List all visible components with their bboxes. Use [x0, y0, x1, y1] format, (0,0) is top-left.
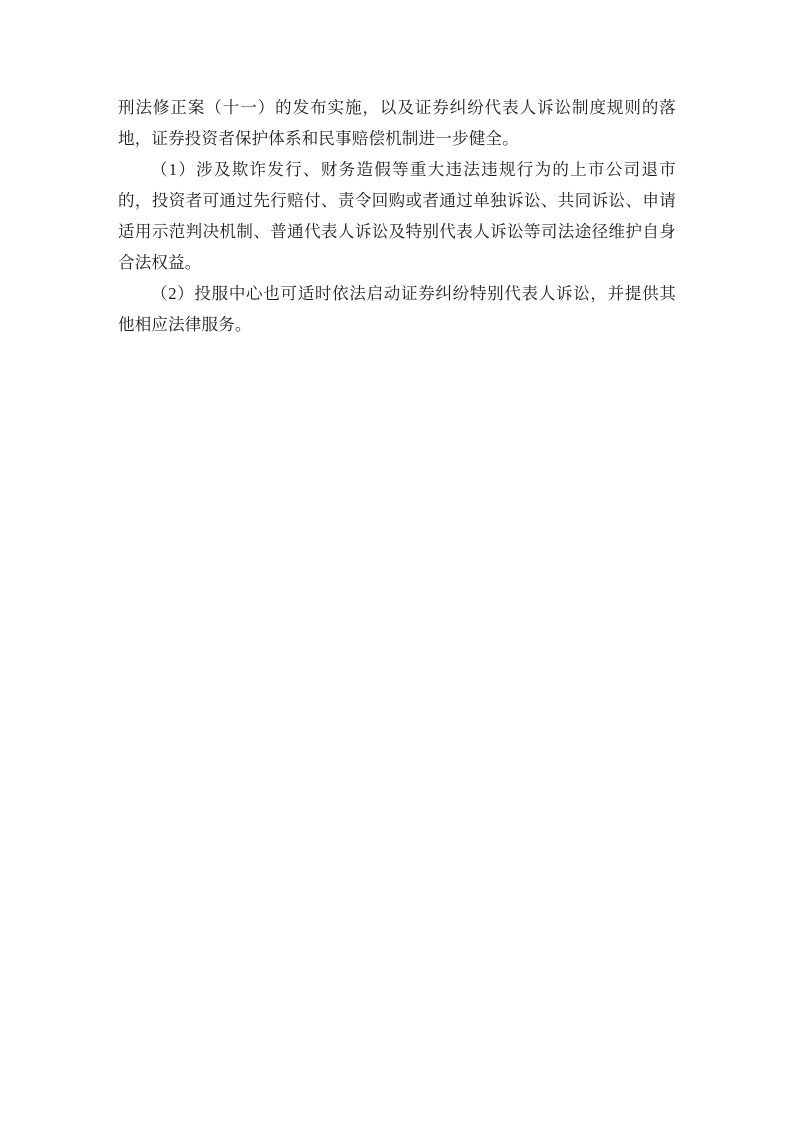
paragraph-item-2: （2）投服中心也可适时依法启动证券纠纷特别代表人诉讼，并提供其他相应法律服务。 [118, 278, 676, 340]
document-page: 刑法修正案（十一）的发布实施，以及证券纠纷代表人诉讼制度规则的落地，证券投资者保… [0, 0, 793, 1122]
paragraph-item-1: （1）涉及欺诈发行、财务造假等重大违法违规行为的上市公司退市的，投资者可通过先行… [118, 154, 676, 278]
paragraph-continuation: 刑法修正案（十一）的发布实施，以及证券纠纷代表人诉讼制度规则的落地，证券投资者保… [118, 92, 676, 154]
document-body: 刑法修正案（十一）的发布实施，以及证券纠纷代表人诉讼制度规则的落地，证券投资者保… [118, 92, 676, 340]
